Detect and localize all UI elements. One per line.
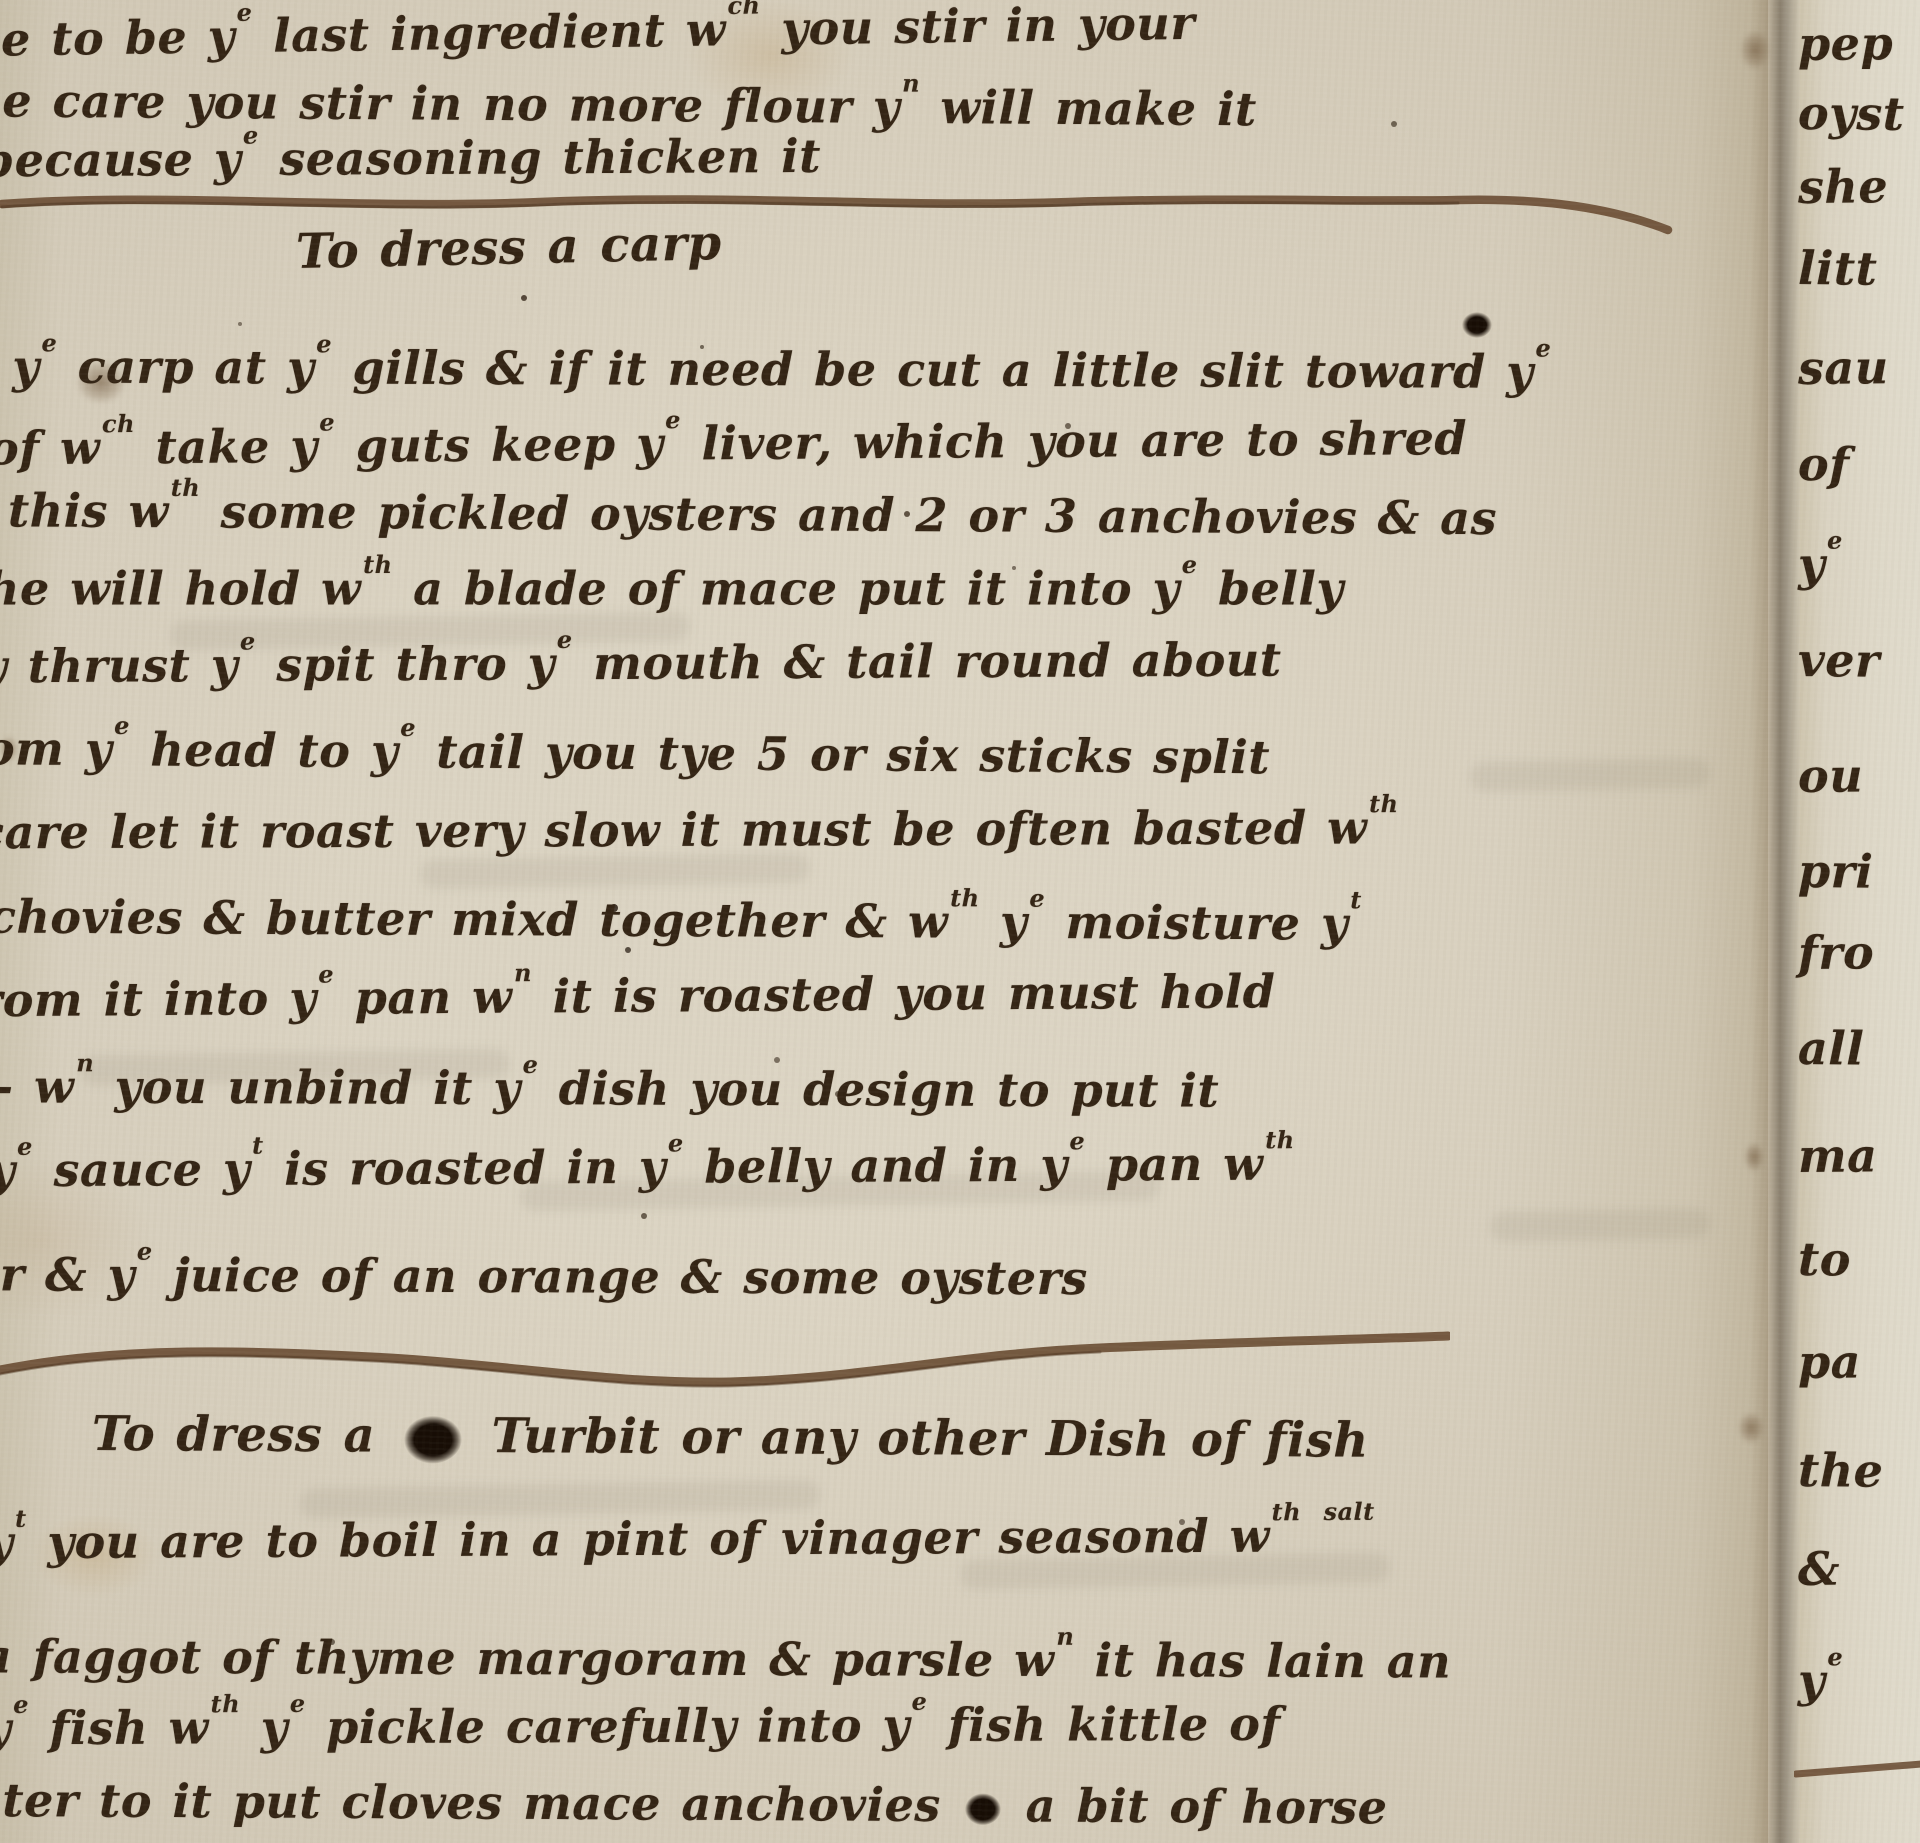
previous-recipe-line: age to be ye last ingredient wch you sti… <box>0 0 1195 70</box>
right-page-fragment: & <box>1798 1539 1841 1599</box>
carp-recipe-line: - wn you unbind it ye dish you design to… <box>0 1048 1219 1121</box>
carp-recipe-title: To dress a carp <box>295 213 722 282</box>
right-page-fragment: ver <box>1798 630 1880 691</box>
right-page-fragment: litt <box>1798 238 1878 299</box>
previous-recipe-line: because ye seasoning thicken it <box>0 118 821 191</box>
right-page-fragment: pa <box>1798 1331 1862 1392</box>
carp-recipe-line: nchovies & butter mixd together & wth ye… <box>0 878 1362 954</box>
right-page-fragment: of <box>1798 434 1850 494</box>
carp-recipe-line: of wch take ye guts keep ye liver, which… <box>0 400 1467 479</box>
right-page-fragment: fro <box>1798 922 1875 983</box>
carp-recipe-line: rom it into ye pan wn it is roasted you … <box>0 953 1276 1030</box>
carp-recipe-line: y thrust ye spit thro ye mouth & tail ro… <box>0 621 1282 696</box>
right-page-fragment: ye <box>1798 526 1844 595</box>
right-page-fragment: oyst <box>1798 83 1905 144</box>
carp-recipe-line: er & ye juice of an orange & some oyster… <box>0 1236 1088 1308</box>
right-page-fragment: sau <box>1798 337 1889 398</box>
turbit-recipe-title: To dress a Turbit or any other Dish of f… <box>92 1404 1369 1471</box>
carp-recipe-line: this wth some pickled oysters and 2 or 3… <box>8 472 1497 548</box>
turbit-recipe-line: ye fish wth ye pickle carefully into ye … <box>0 1685 1281 1758</box>
carp-recipe-line: om ye head to ye tail you tye 5 or six s… <box>0 710 1270 787</box>
right-page-fragment: all <box>1798 1018 1865 1079</box>
right-page-fragment: pri <box>1798 841 1874 902</box>
right-page-fragment: pep <box>1798 13 1894 74</box>
turbit-recipe-line: yt you are to boil in a pint of vinager … <box>0 1497 1375 1573</box>
carp-recipe-line: he will hold wth a blade of mace put it … <box>0 550 1344 618</box>
right-page-fragment: ye <box>1798 1642 1844 1711</box>
manuscript-scan: To dress a carp age to be ye last ingred… <box>0 0 1920 1843</box>
carp-recipe-line: care let it roast very slow it must be o… <box>0 789 1399 862</box>
right-page-fragment: ou <box>1798 745 1864 806</box>
ink-blot <box>404 1415 462 1463</box>
right-page-fragment: ma <box>1798 1125 1878 1186</box>
right-page-fragment: the <box>1798 1440 1884 1501</box>
turbit-recipe-line: ater to it put cloves mace anchovies a b… <box>0 1770 1388 1837</box>
right-page-fragment: she <box>1798 156 1889 217</box>
carp-recipe-line: ye sauce yt is roasted in ye belly and i… <box>0 1125 1295 1200</box>
ink-blot <box>965 1793 1001 1825</box>
turbit-recipe-line: a faggot of thyme margoram & parsle wn i… <box>0 1618 1451 1691</box>
handwritten-text-layer: To dress a carp age to be ye last ingred… <box>0 0 1920 1843</box>
right-page-fragment: to <box>1798 1229 1851 1289</box>
carp-recipe-line: t ye carp at ye gills & if it need be cu… <box>0 328 1551 402</box>
